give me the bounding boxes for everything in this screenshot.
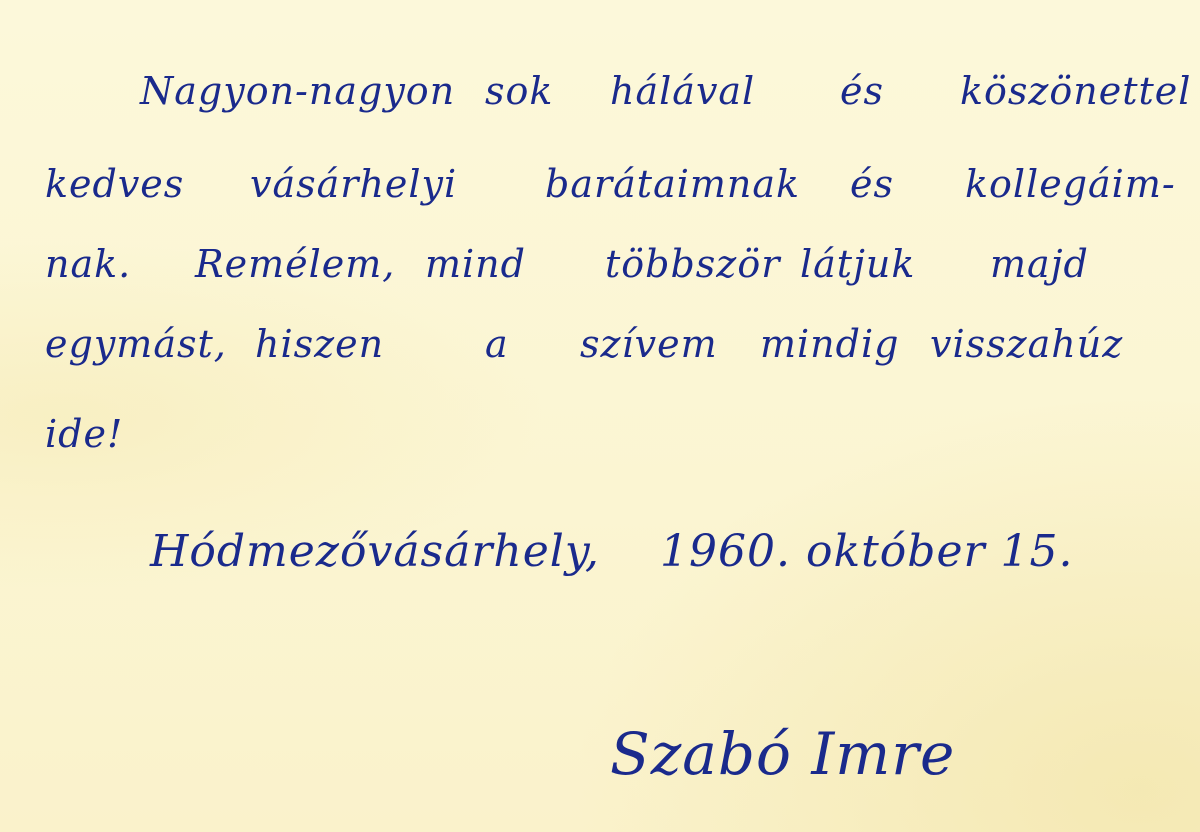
word: majd <box>990 245 1089 283</box>
place-name: Hódmezővásárhely, <box>150 530 600 574</box>
word: köszönettel <box>960 72 1191 110</box>
word: mindig <box>760 325 899 363</box>
word: sok <box>485 72 553 110</box>
word: hálával <box>610 72 755 110</box>
word: ide! <box>45 415 123 453</box>
word: Remélem, <box>195 245 395 283</box>
date: 1960. október 15. <box>660 530 1073 574</box>
signature-text: Szabó Imre <box>610 725 955 783</box>
word: mind <box>425 245 526 283</box>
word: és <box>840 72 884 110</box>
word: a <box>485 325 509 363</box>
word: nak. <box>45 245 131 283</box>
word: szívem <box>580 325 718 363</box>
word: kedves <box>45 165 184 203</box>
word: kollegáim- <box>965 165 1176 203</box>
word: visszahúz <box>930 325 1123 363</box>
word: többször <box>605 245 780 283</box>
word: vásárhelyi <box>250 165 457 203</box>
word: Nagyon-nagyon <box>140 72 455 110</box>
word: hiszen <box>255 325 384 363</box>
word: barátaimnak <box>545 165 800 203</box>
word: és <box>850 165 894 203</box>
word: látjuk <box>800 245 915 283</box>
paper-background <box>0 0 1200 832</box>
word: egymást, <box>45 325 227 363</box>
